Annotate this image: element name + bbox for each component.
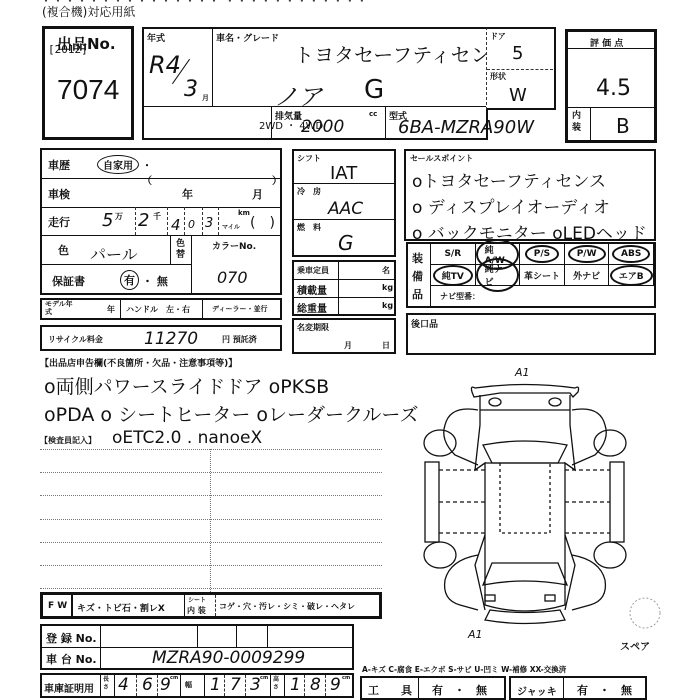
equipment-item-label: ABS	[612, 245, 650, 263]
fuel-value: G	[338, 231, 354, 255]
shape-value: W	[509, 85, 527, 106]
equipment-item-label: 革シート	[524, 269, 560, 282]
car-name: トヨタセーフティセンス	[294, 39, 510, 68]
front-damage-mark: A1	[515, 366, 530, 379]
name-change-box: 名変期限 月 日	[292, 318, 396, 354]
chassis-label: 車 台 No.	[46, 651, 97, 667]
fw-row: F W キズ・トビ石・割レX シート 内 装 コゲ・穴・汚レ・シミ・破レ・ヘタレ	[40, 592, 382, 619]
garage-height-3: 9	[330, 675, 341, 695]
chassis-number: MZRA90-0009299	[152, 648, 305, 668]
lot-number: 7074	[57, 74, 119, 106]
equipment-box: 装備品 S/R純A/WP/SP/WABS純TV純ナビ革シート外ナビエアB ナビ型…	[406, 242, 656, 308]
year-era: R4	[149, 51, 181, 79]
door-value: 5	[512, 43, 523, 64]
capacity-label: 乗車定員	[297, 265, 329, 276]
garage-width-2: 7	[230, 675, 241, 695]
fuel-label: 燃 料	[297, 222, 321, 233]
car-name-label: 車名・グレード	[216, 31, 279, 44]
registration-label: 登 録 No.	[46, 630, 97, 646]
equipment-item-label: S/R	[444, 249, 461, 259]
equipment-item: S/R	[431, 244, 476, 265]
interior-label: 内装	[572, 110, 584, 134]
garage-height-1: 1	[290, 675, 301, 695]
mileage-man: 5	[102, 210, 113, 231]
registration-box: 登 録 No. 車 台 No. MZRA90-0009299	[40, 624, 354, 670]
equipment-item-label: P/W	[568, 245, 606, 263]
spare-label: スペア	[620, 638, 650, 653]
lot-stamp: [2012]	[48, 43, 88, 56]
color-code-value: 070	[217, 268, 248, 287]
equipment-item-label: 純ナビ	[476, 258, 520, 292]
equipment-item-label: 純TV	[433, 265, 473, 286]
door-shape-box: ドア 5 形状 W	[486, 27, 556, 110]
jack-box: ジャッキ 有 ・ 無	[509, 676, 647, 700]
tools-label: 工 具	[368, 682, 412, 698]
recycle-label: リサイクル料金	[48, 334, 103, 345]
mileage-tens: 0	[188, 218, 195, 231]
equipment-item-label: 外ナビ	[573, 269, 600, 282]
lot-number-box: 出品No. [2012] 7074	[42, 26, 134, 140]
tools-value: 有 ・ 無	[432, 682, 487, 698]
model-code-value: 6BA-MZRA90W	[398, 117, 534, 138]
garage-length-1: 4	[118, 675, 129, 695]
year-month: 3	[184, 77, 198, 102]
equipment-item: ABS	[609, 244, 654, 265]
fw-items: キズ・トビ石・割レX	[77, 601, 165, 614]
shift-label: シフト	[297, 153, 321, 164]
inspection-label: 車検	[48, 186, 70, 202]
warranty-no: ・ 無	[142, 273, 168, 289]
ac-value: AAC	[328, 199, 363, 219]
sales-points-box: セールスポイント oトヨタセーフティセンス o ディスプレイオーディオ o バッ…	[404, 149, 656, 241]
warranty-label: 保証書	[52, 273, 85, 289]
later-parts-box: 後口品	[406, 313, 656, 355]
seller-notes-label: 【出品店申告欄(不良箇所・欠品・注意事項等)】	[40, 356, 237, 369]
equipment-item: 革シート	[520, 265, 565, 286]
mileage-sen: 2	[138, 210, 149, 231]
name-change-label: 名変期限	[297, 322, 329, 333]
door-label: ドア	[490, 31, 506, 42]
shape-label: 形状	[490, 71, 506, 82]
equipment-item: 純TV	[431, 265, 476, 286]
sales-point-1: oトヨタセーフティセンス	[412, 167, 606, 192]
garage-length-2: 6	[142, 675, 153, 695]
damage-legend: A-キズ C-腐食 E-エクボ S-サビ U-凹ミ W-補修 XX-交換済	[362, 664, 566, 675]
garage-height-2: 8	[310, 675, 321, 695]
equipment-grid: S/R純A/WP/SP/WABS純TV純ナビ革シート外ナビエアB	[431, 244, 654, 286]
mileage-label: 走行	[48, 214, 70, 230]
score-overall: 4.5	[596, 76, 631, 101]
recycle-value: 11270	[144, 329, 198, 349]
car-grade: G	[364, 75, 384, 105]
mileage-ones: 3	[205, 216, 213, 231]
inspector-label: 【検査員記入】	[40, 435, 96, 446]
garage-label: 車庫証明用	[44, 680, 94, 695]
equipment-item: 外ナビ	[565, 265, 610, 286]
equipment-label: 装備品	[412, 250, 424, 304]
model-year-label: モデル年式	[45, 300, 73, 316]
jack-value: 有 ・ 無	[577, 682, 632, 698]
history-private: 自家用	[97, 155, 139, 174]
equipment-item-label: エアB	[610, 265, 653, 286]
model-year-row: モデル年式 年 ハンドル 左・右 ディーラー・並行	[40, 298, 282, 320]
displacement-value: 2000	[301, 117, 344, 137]
seat-items: コゲ・穴・汚レ・シミ・破レ・ヘタレ	[219, 601, 355, 612]
equipment-item: 純ナビ	[476, 265, 521, 286]
equipment-item: P/W	[565, 244, 610, 265]
color-code-label: カラーNo.	[212, 239, 256, 252]
history-block: 車歴 自家用 ・（ ） 車検 年 月 走行 5 万 2 千 4 0 3 km マ…	[40, 148, 282, 295]
color-label: 色	[58, 242, 69, 258]
equipment-item: エアB	[609, 265, 654, 286]
displacement-label: 排気量	[275, 109, 302, 122]
tools-box: 工 具 有 ・ 無	[360, 676, 506, 700]
ac-label: 冷 房	[297, 186, 321, 197]
spare-tire-icon	[630, 598, 660, 628]
rear-damage-mark: A1	[468, 628, 483, 641]
capacity-box: 乗車定員 名 積載量 kg 総重量 kg	[292, 260, 396, 316]
dealer-options: ディーラー・並行	[212, 304, 267, 314]
later-parts-label: 後口品	[411, 317, 438, 330]
car-grade-model: ノア	[274, 77, 322, 112]
sales-points-label: セールスポイント	[410, 153, 473, 164]
equipment-item: P/S	[520, 244, 565, 265]
sales-point-3: o バックモニター oLEDヘッド	[412, 219, 647, 244]
seller-note-2: oPDA o シートヒーター oレーダークルーズ	[44, 400, 418, 427]
color-change-label: 色替	[176, 239, 186, 261]
jack-label: ジャッキ	[517, 683, 557, 698]
sales-point-2: o ディスプレイオーディオ	[412, 193, 610, 218]
car-damage-diagram	[400, 355, 700, 645]
mileage-hundreds: 4	[171, 216, 181, 234]
fw-label: F W	[48, 601, 67, 611]
color-value: パール	[90, 242, 138, 265]
history-label: 車歴	[48, 157, 70, 173]
header-title: (複合機)対応用紙	[42, 3, 135, 20]
navi-model-label: ナビ型番：	[440, 291, 480, 302]
handle-options: ハンドル 左・右	[126, 304, 190, 315]
equipment-item-label: P/S	[525, 245, 559, 263]
garage-width-1: 1	[210, 675, 221, 695]
score-box: 評 価 点 4.5 内装 B	[565, 29, 657, 143]
shift-ac-fuel-box: シフト IAT 冷 房 AAC 燃 料 G	[292, 149, 396, 257]
seller-note-1: o両側パワースライドドア oPKSB	[44, 372, 329, 399]
warranty-yes: 有	[120, 270, 139, 290]
garage-row: 車庫証明用 長さ 4 6 9 cm 幅 1 7 3 cm 高さ 1 8 9 cm	[40, 673, 354, 698]
recycle-row: リサイクル料金 11270 円 預託済	[40, 325, 282, 351]
shift-value: IAT	[330, 163, 357, 184]
inspector-notes: oETC2.0 . nanoeX	[112, 428, 262, 448]
interior-score: B	[616, 114, 630, 138]
gross-weight-label: 総重量	[297, 300, 327, 315]
load-label: 積載量	[297, 282, 327, 297]
year-label: 年式	[147, 31, 165, 44]
